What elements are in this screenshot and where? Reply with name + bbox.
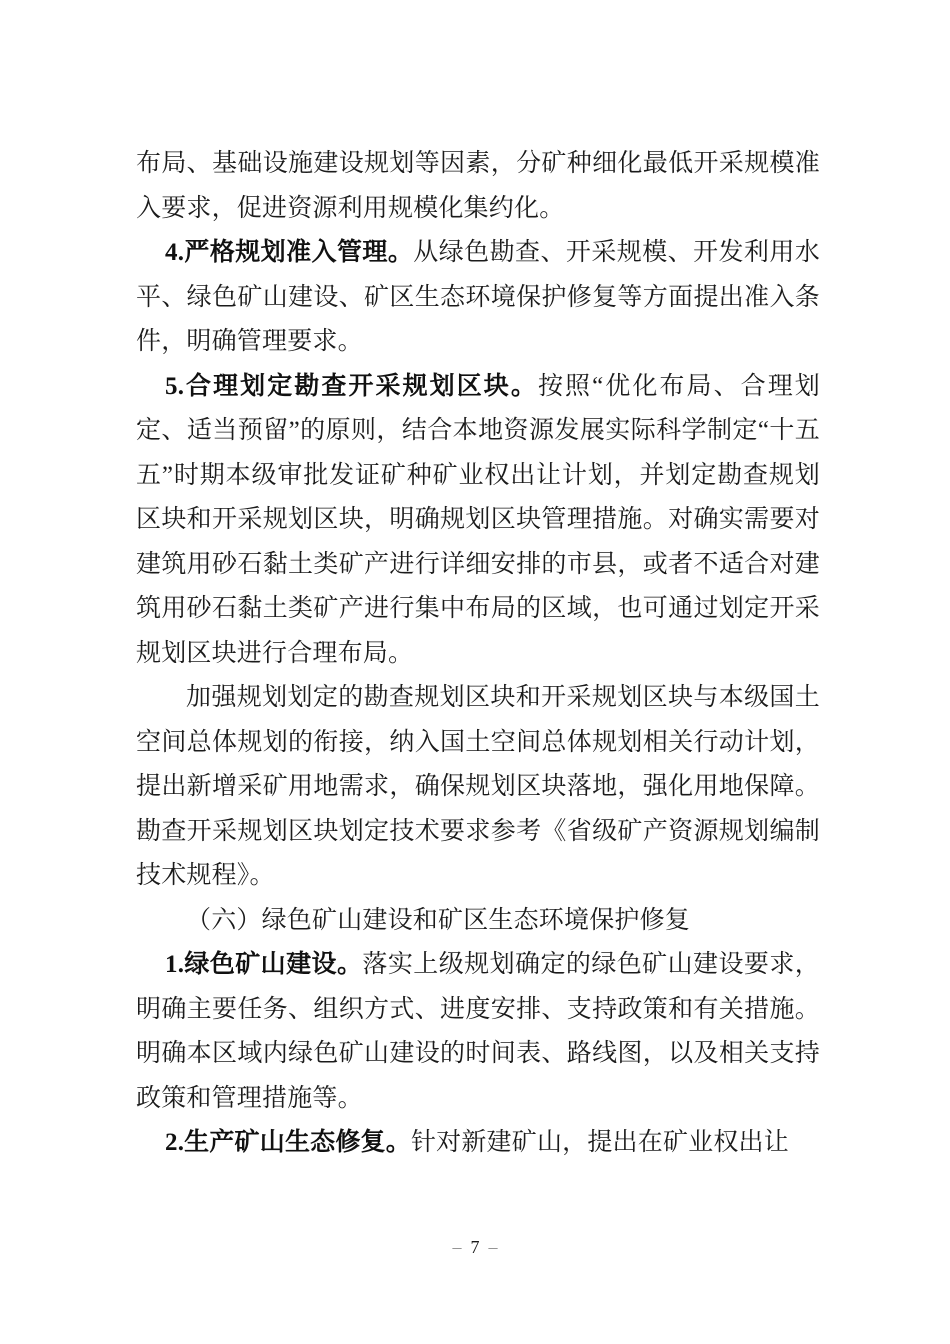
section-heading-text: （六）绿色矿山建设和矿区生态环境保护修复 bbox=[186, 907, 690, 934]
document-page: 布局、基础设施建设规划等因素，分矿种细化最低开采规模准入要求，促进资源利用规模化… bbox=[0, 0, 950, 1344]
paragraph-plan-linkage: 加强规划划定的勘查规划区块和开采规划区块与本级国土空间总体规划的衔接，纳入国土空… bbox=[136, 676, 820, 899]
document-body: 布局、基础设施建设规划等因素，分矿种细化最低开采规模准入要求，促进资源利用规模化… bbox=[136, 142, 820, 1166]
paragraph-label: 5.合理划定勘查开采规划区块。 bbox=[165, 373, 538, 400]
section-heading-six: （六）绿色矿山建设和矿区生态环境保护修复 bbox=[136, 899, 820, 944]
paragraph-label: 2.生产矿山生态修复。 bbox=[165, 1129, 411, 1156]
paragraph-text: 布局、基础设施建设规划等因素，分矿种细化最低开采规模准入要求，促进资源利用规模化… bbox=[136, 150, 820, 222]
paragraph-item-1: 1.绿色矿山建设。落实上级规划确定的绿色矿山建设要求，明确主要任务、组织方式、进… bbox=[136, 943, 820, 1121]
footer-left-dash: – bbox=[444, 1237, 471, 1257]
paragraph-item-5: 5.合理划定勘查开采规划区块。按照“优化布局、合理划定、适当预留”的原则，结合本… bbox=[136, 365, 820, 677]
paragraph-text: 针对新建矿山，提出在矿业权出让 bbox=[411, 1129, 789, 1156]
paragraph-item-4: 4.严格规划准入管理。从绿色勘查、开采规模、开发利用水平、绿色矿山建设、矿区生态… bbox=[136, 231, 820, 365]
page-footer: –7– bbox=[0, 1234, 950, 1260]
page-number: 7 bbox=[471, 1237, 480, 1257]
paragraph-continuation: 布局、基础设施建设规划等因素，分矿种细化最低开采规模准入要求，促进资源利用规模化… bbox=[136, 142, 820, 231]
paragraph-label: 4.严格规划准入管理。 bbox=[165, 239, 413, 266]
paragraph-label: 1.绿色矿山建设。 bbox=[165, 951, 362, 978]
paragraph-text: 按照“优化布局、合理划定、适当预留”的原则，结合本地资源发展实际科学制定“十五五… bbox=[136, 373, 820, 667]
footer-right-dash: – bbox=[480, 1237, 507, 1257]
paragraph-text: 加强规划划定的勘查规划区块和开采规划区块与本级国土空间总体规划的衔接，纳入国土空… bbox=[136, 684, 820, 889]
paragraph-item-2: 2.生产矿山生态修复。针对新建矿山，提出在矿业权出让 bbox=[136, 1121, 820, 1166]
